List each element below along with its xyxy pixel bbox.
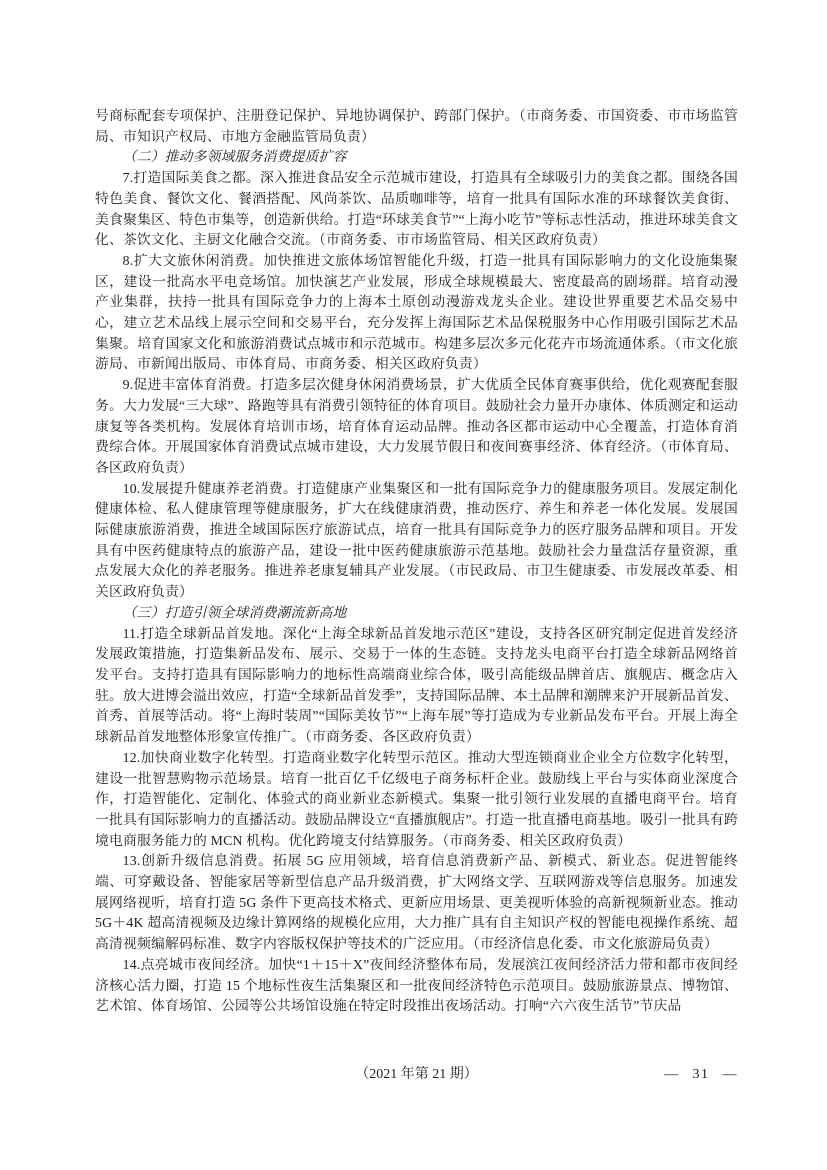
paragraph-continuation: 号商标配套专项保护、注册登记保护、异地协调保护、跨部门保护。（市商务委、市国资委… (95, 106, 738, 147)
section-heading-2: （二）推动多领域服务消费提质扩容 (95, 147, 738, 168)
footer-issue-label: （2021 年第 21 期） (95, 1064, 738, 1086)
paragraph-item-8: 8.扩大文旅休闲消费。加快推进文旅体场馆智能化升级，打造一批具有国际影响力的文化… (95, 251, 738, 375)
paragraph-item-12: 12.加快商业数字化转型。打造商业数字化转型示范区。推动大型连锁商业企业全方位数… (95, 748, 738, 852)
document-body: 号商标配套专项保护、注册登记保护、异地协调保护、跨部门保护。（市商务委、市国资委… (95, 106, 738, 1064)
paragraph-item-10: 10.发展提升健康养老消费。打造健康产业集聚区和一批有国际竞争力的健康服务项目。… (95, 479, 738, 603)
paragraph-item-9: 9.促进丰富体育消费。打造多层次健身休闲消费场景，扩大优质全民体育赛事供给，优化… (95, 375, 738, 479)
footer-page-number: — 31 — (664, 1064, 738, 1086)
paragraph-item-7: 7.打造国际美食之都。深入推进食品安全示范城市建设，打造具有全球吸引力的美食之都… (95, 168, 738, 251)
paragraph-item-14: 14.点亮城市夜间经济。加快“1＋15＋X”夜间经济整体布局，发展滨江夜间经济活… (95, 955, 738, 1017)
section-heading-3: （三）打造引领全球消费潮流新高地 (95, 603, 738, 624)
paragraph-item-13: 13.创新升级信息消费。拓展 5G 应用领域，培育信息消费新产品、新模式、新业态… (95, 851, 738, 955)
page-footer: （2021 年第 21 期） — 31 — (95, 1064, 738, 1086)
paragraph-item-11: 11.打造全球新品首发地。深化“上海全球新品首发地示范区”建设，支持各区研究制定… (95, 624, 738, 748)
document-page: 号商标配套专项保护、注册登记保护、异地协调保护、跨部门保护。（市商务委、市国资委… (0, 0, 827, 1170)
